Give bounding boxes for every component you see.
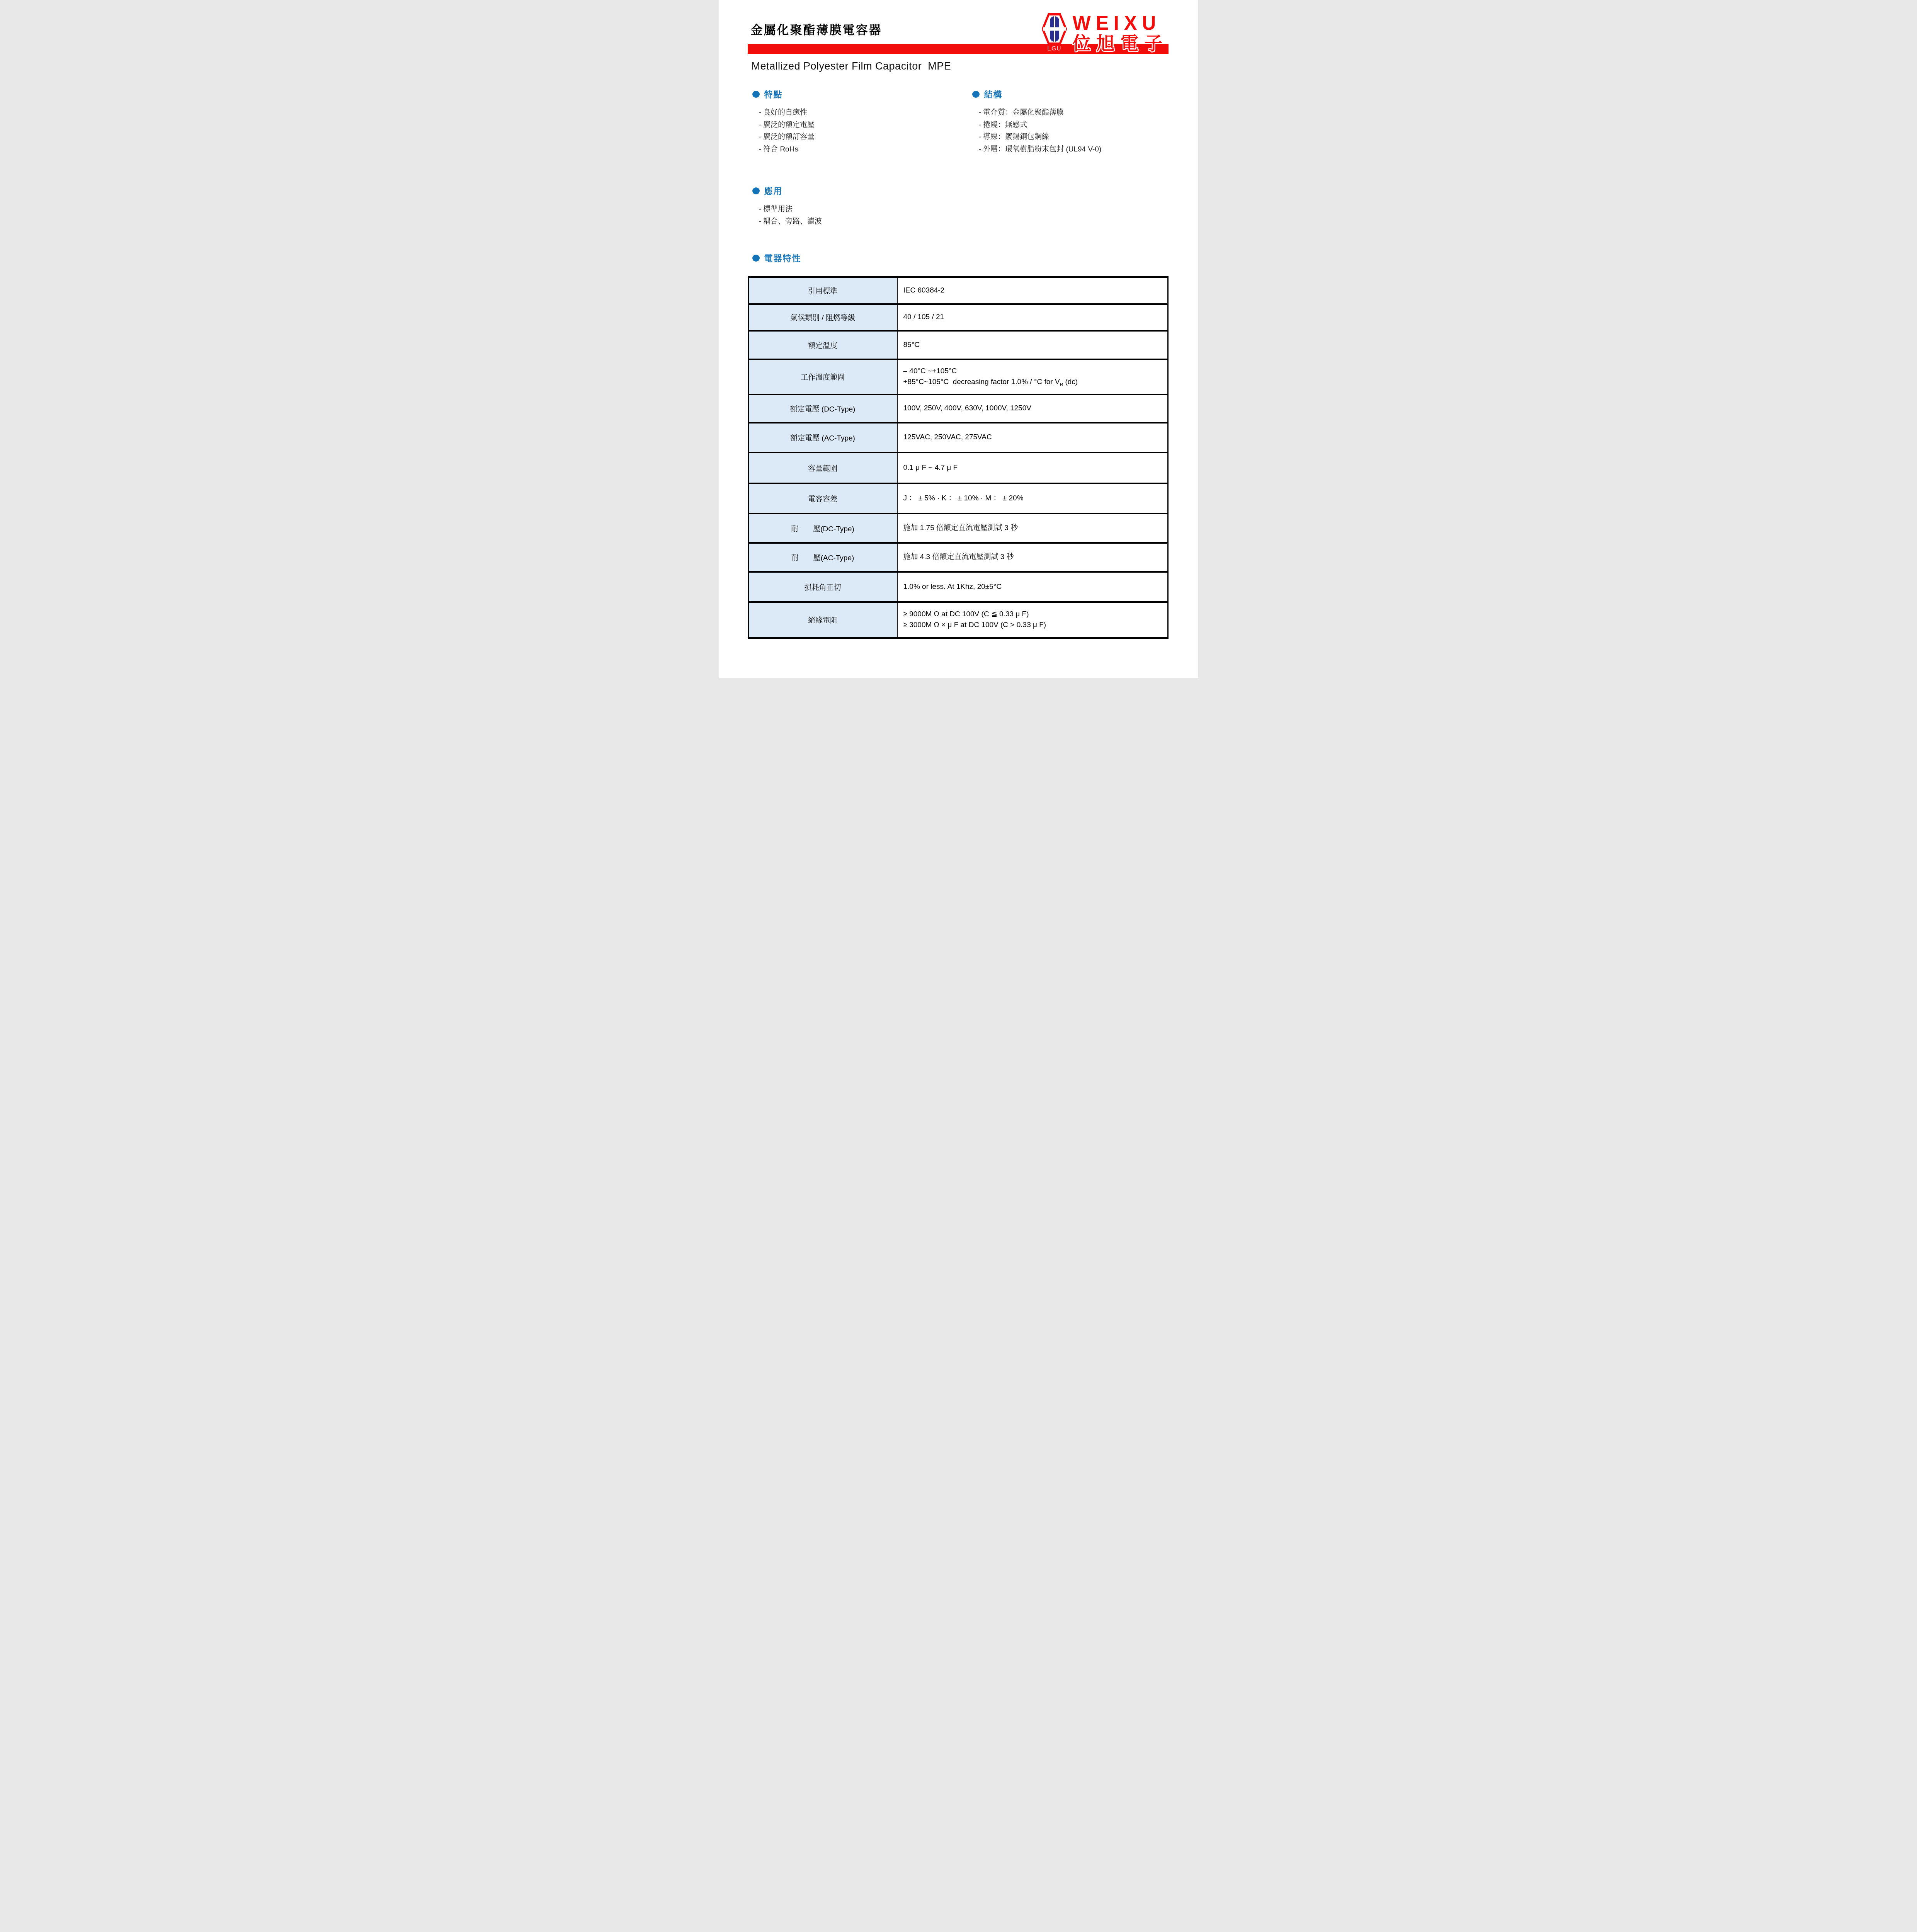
list-item: - 符合 RoHs xyxy=(759,143,815,156)
spec-table: 引用標準 IEC 60384-2 氣候類別 / 阻燃等級 40 / 105 / … xyxy=(748,276,1169,639)
row-value-cell: 0.1 μ F ~ 4.7 μ F xyxy=(898,453,1167,483)
row-value-cell: 100V, 250V, 400V, 630V, 1000V, 1250V xyxy=(898,395,1167,422)
table-row: 額定電壓 (DC-Type) 100V, 250V, 400V, 630V, 1… xyxy=(749,394,1167,422)
row-label-cell: 額定電壓 (DC-Type) xyxy=(749,395,898,422)
row-value-cell: 施加 4.3 倍額定直流電壓測試 3 秒 xyxy=(898,544,1167,571)
list-item: - 電介質：金屬化聚酯薄膜 xyxy=(979,107,1102,119)
row-value-cell: ≥ 9000M Ω at DC 100V (C ≦ 0.33 μ F) ≥ 30… xyxy=(898,603,1167,637)
row-label-cell: 額定電壓 (AC-Type) xyxy=(749,423,898,452)
section-electrical-title: 電器特性 xyxy=(764,252,801,264)
table-row: 引用標準 IEC 60384-2 xyxy=(749,278,1167,303)
list-item: - 廣泛的額定電壓 xyxy=(759,119,815,131)
table-row: 損耗角正切 1.0% or less. At 1Khz, 20±5°C xyxy=(749,571,1167,601)
row-label-cell: 額定溫度 xyxy=(749,332,898,359)
hexagon-cross-icon xyxy=(1042,13,1067,45)
logo-badge-text: LGU xyxy=(1047,46,1061,53)
logo-badge: LGU xyxy=(1040,13,1069,53)
list-item: - 耦合、旁路、濾波 xyxy=(759,216,822,228)
row-value-cell: 1.0% or less. At 1Khz, 20±5°C xyxy=(898,573,1167,601)
section-structure: 結構 - 電介質：金屬化聚酯薄膜 - 捲繞：無感式 - 導線：鍍錫銅包鋼線 - … xyxy=(972,88,1102,155)
application-list: - 標準用法 - 耦合、旁路、濾波 xyxy=(759,203,822,228)
row-label-cell: 引用標準 xyxy=(749,278,898,303)
table-row: 容量範圍 0.1 μ F ~ 4.7 μ F xyxy=(749,452,1167,483)
list-item: - 外層：環氧樹脂粉末包封 (UL94 V-0) xyxy=(979,143,1102,156)
list-item: - 良好的自癒性 xyxy=(759,107,815,119)
row-value-cell: 施加 1.75 倍額定直流電壓測試 3 秒 xyxy=(898,514,1167,542)
list-item: - 廣泛的額訂容量 xyxy=(759,131,815,143)
section-features-title: 特點 xyxy=(764,88,783,100)
list-item: - 捲繞：無感式 xyxy=(979,119,1102,131)
brand-name-en: WEIXU xyxy=(1073,13,1169,33)
table-row: 電容容差 J ： ± 5% · K ： ± 10% · M ： ± 20% xyxy=(749,483,1167,513)
table-row: 耐 壓(DC-Type) 施加 1.75 倍額定直流電壓測試 3 秒 xyxy=(749,513,1167,542)
section-application: 應用 - 標準用法 - 耦合、旁路、濾波 xyxy=(752,185,822,228)
row-label-cell: 耐 壓(AC-Type) xyxy=(749,544,898,571)
row-label-cell: 絕緣電阻 xyxy=(749,603,898,637)
section-features-header: 特點 xyxy=(752,88,815,100)
logo-brand: WEIXU 位旭電子 xyxy=(1073,13,1169,52)
table-row: 氣候類別 / 阻燃等級 40 / 105 / 21 xyxy=(749,303,1167,330)
row-value-cell: J ： ± 5% · K ： ± 10% · M ： ± 20% xyxy=(898,484,1167,513)
row-label-cell: 電容容差 xyxy=(749,484,898,513)
row-value-cell: – 40°C ~+105°C +85°C~105°C decreasing fa… xyxy=(898,360,1167,394)
row-label-cell: 損耗角正切 xyxy=(749,573,898,601)
row-label-cell: 耐 壓(DC-Type) xyxy=(749,514,898,542)
section-structure-title: 結構 xyxy=(984,88,1003,100)
row-label-cell: 工作溫度範圍 xyxy=(749,360,898,394)
bullet-icon xyxy=(752,187,760,194)
bullet-icon xyxy=(972,91,980,98)
section-application-header: 應用 xyxy=(752,185,822,197)
list-item: - 導線：鍍錫銅包鋼線 xyxy=(979,131,1102,143)
bullet-icon xyxy=(752,91,760,98)
section-application-title: 應用 xyxy=(764,185,783,197)
table-row: 絕緣電阻 ≥ 9000M Ω at DC 100V (C ≦ 0.33 μ F)… xyxy=(749,601,1167,637)
table-row: 額定溫度 85°C xyxy=(749,330,1167,359)
table-row: 額定電壓 (AC-Type) 125VAC, 250VAC, 275VAC xyxy=(749,422,1167,452)
table-row: 耐 壓(AC-Type) 施加 4.3 倍額定直流電壓測試 3 秒 xyxy=(749,542,1167,571)
company-logo: LGU WEIXU 位旭電子 xyxy=(1040,13,1169,53)
page-title-zh: 金屬化聚酯薄膜電容器 xyxy=(751,20,882,37)
row-label-cell: 容量範圍 xyxy=(749,453,898,483)
bullet-icon xyxy=(752,255,760,262)
section-electrical-header: 電器特性 xyxy=(752,252,801,264)
row-value-cell: IEC 60384-2 xyxy=(898,278,1167,303)
structure-list: - 電介質：金屬化聚酯薄膜 - 捲繞：無感式 - 導線：鍍錫銅包鋼線 - 外層：… xyxy=(979,107,1102,155)
section-electrical: 電器特性 xyxy=(752,252,801,264)
derating-line: +85°C~105°C decreasing factor 1.0% / °C … xyxy=(903,377,1164,388)
datasheet-page: 金屬化聚酯薄膜電容器 LGU WEIXU 位旭電子 Metallized Pol… xyxy=(719,0,1198,678)
row-value-cell: 40 / 105 / 21 xyxy=(898,305,1167,330)
page-title-en: Metallized Polyester Film Capacitor MPE xyxy=(752,60,951,72)
brand-name-zh: 位旭電子 xyxy=(1073,34,1169,52)
table-row: 工作溫度範圍 – 40°C ~+105°C +85°C~105°C decrea… xyxy=(749,359,1167,394)
section-structure-header: 結構 xyxy=(972,88,1102,100)
features-list: - 良好的自癒性 - 廣泛的額定電壓 - 廣泛的額訂容量 - 符合 RoHs xyxy=(759,107,815,155)
section-features: 特點 - 良好的自癒性 - 廣泛的額定電壓 - 廣泛的額訂容量 - 符合 RoH… xyxy=(752,88,815,155)
row-value-cell: 85°C xyxy=(898,332,1167,359)
list-item: - 標準用法 xyxy=(759,203,822,216)
row-value-cell: 125VAC, 250VAC, 275VAC xyxy=(898,423,1167,452)
row-label-cell: 氣候類別 / 阻燃等級 xyxy=(749,305,898,330)
